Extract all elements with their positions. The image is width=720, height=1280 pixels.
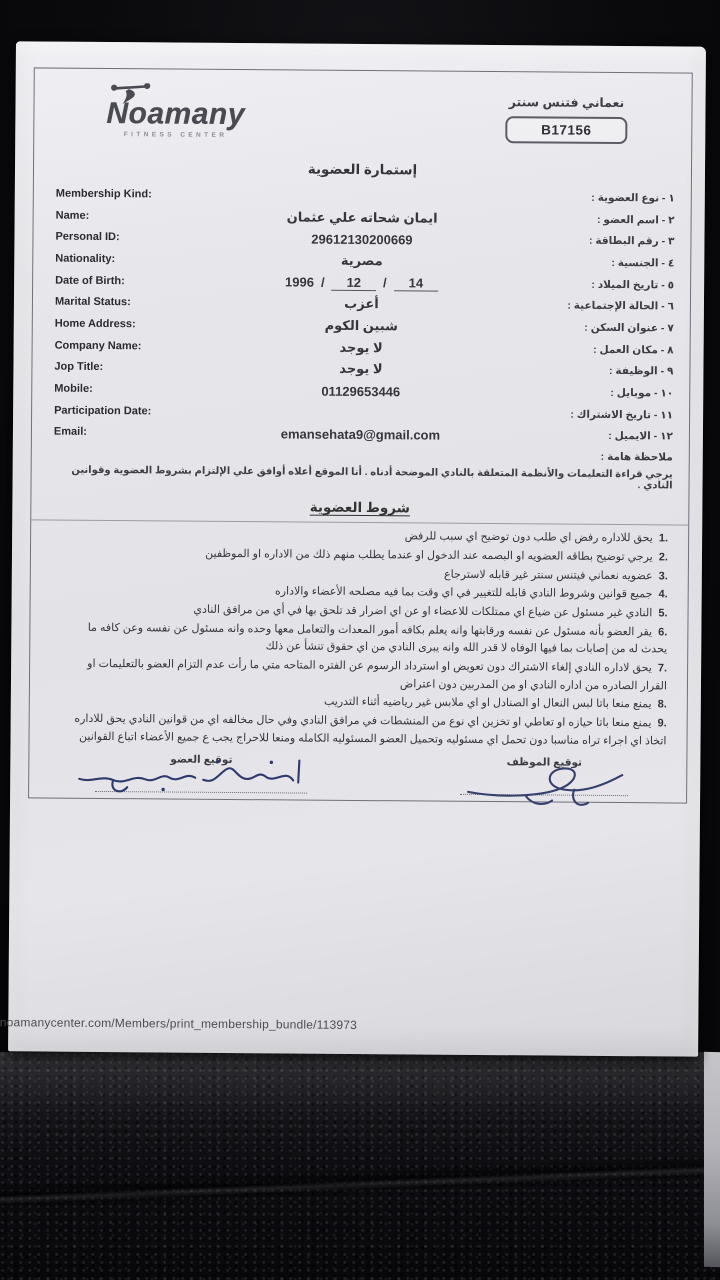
term-text: يحق لاداره النادي إلغاء الاشتراك دون تعو…	[87, 658, 667, 692]
header-right: نعماني فتنس سنتر B17156	[505, 94, 627, 144]
field-value: أعزب	[241, 295, 482, 313]
field-label-ar: ٢ - اسم العضو :	[483, 212, 681, 226]
field-value: 01129653446	[240, 383, 481, 400]
field-label-ar: ١٠ - موبايل :	[481, 386, 679, 400]
term-number: 1.	[659, 531, 668, 549]
member-code: B17156	[541, 122, 591, 137]
footer-url: /noamanycenter.com/Members/print_members…	[0, 1015, 357, 1032]
field-label-ar: ٩ - الوظيفة :	[481, 364, 679, 378]
field-label-en: Personal ID:	[55, 231, 241, 244]
field-label-en: Membership Kind:	[56, 187, 242, 200]
field-value: شبين الكوم	[241, 317, 482, 335]
term-text: يقر العضو بأنه مسئول عن نفسه ورقابتها وا…	[88, 622, 668, 656]
field-value: 29612130200669	[241, 231, 482, 248]
field-label-ar: ١ - نوع العضوية :	[483, 191, 681, 205]
field-label-ar: ٤ - الجنسية :	[482, 256, 680, 270]
employee-signature-label: توقيع الموظف	[507, 756, 582, 769]
brand-logo: Noamany FITNESS CENTER	[106, 99, 245, 139]
brand-subtitle: FITNESS CENTER	[106, 131, 245, 139]
photo-background: Noamany FITNESS CENTER نعماني فتنس سنتر …	[0, 0, 720, 1280]
field-value: مصرية	[241, 252, 482, 270]
field-label-en: Participation Date:	[54, 404, 240, 417]
term-number: 9.	[657, 715, 666, 733]
club-name-arabic: نعماني فتنس سنتر	[509, 94, 625, 110]
member-code-box: B17156	[505, 116, 627, 144]
field-label-ar: ٨ - مكان العمل :	[482, 343, 680, 357]
field-label-en: Email:	[54, 426, 240, 439]
field-value: emansehata9@gmail.com	[240, 426, 481, 443]
term-item: 7. يحق لاداره النادي إلغاء الاشتراك دون …	[64, 656, 667, 696]
background-paper-edge	[704, 1052, 720, 1268]
field-value	[240, 412, 481, 414]
form-fields: Membership Kind: ١ - نوع العضوية : Name:…	[32, 180, 691, 447]
field-label-en: Home Address:	[55, 318, 241, 331]
member-signature-line	[95, 791, 307, 794]
field-value: ايمان شحاته علي عثمان	[242, 209, 483, 227]
employee-signature-block: توقيع الموظف	[460, 756, 628, 796]
term-text: يمنع منعا باتا حيازه او تعاطي او تخزين ا…	[74, 713, 666, 747]
leather-sheen	[0, 1052, 720, 1172]
field-label-en: Jop Title:	[54, 361, 240, 374]
field-label-en: Company Name:	[55, 339, 241, 352]
member-signature-label: توقيع العضو	[170, 754, 232, 766]
term-text: يحق للاداره رفض اي طلب دون توضيح اي سبب …	[405, 531, 656, 545]
term-number: 5.	[658, 605, 667, 623]
field-label-en: Mobile:	[54, 383, 240, 396]
term-item: 9. يمنع منعا باتا حيازه او تعاطي او تخزي…	[63, 711, 666, 751]
term-number: 6.	[658, 624, 667, 642]
terms-title: شروط العضوية	[31, 494, 688, 523]
field-label-en: Marital Status:	[55, 296, 241, 309]
important-note: ملاحظة هامة : يرجي قراءة التعليمات والأن…	[32, 443, 689, 492]
term-number: 7.	[658, 660, 667, 678]
field-label-ar: ٦ - الحالة الإجتماعية :	[482, 299, 680, 313]
field-label-ar: ٣ - رقم البطاقة :	[482, 234, 680, 248]
field-label-ar: ٧ - عنوان السكن :	[482, 321, 680, 335]
field-value: لا يوجد	[241, 339, 482, 357]
form-header: Noamany FITNESS CENTER نعماني فتنس سنتر …	[34, 68, 692, 161]
signatures-row: توقيع العضو	[29, 747, 686, 797]
term-text: يمنع منعا باتا لبس النعال او الصنادل او …	[324, 696, 655, 711]
terms-list: 1. يحق للاداره رفض اي طلب دون توضيح اي س…	[29, 524, 688, 751]
field-label-en: Name:	[56, 209, 242, 222]
field-label-en: Date of Birth:	[55, 274, 241, 287]
term-number: 8.	[658, 697, 667, 715]
term-number: 2.	[659, 549, 668, 567]
member-signature-block: توقيع العضو	[95, 753, 307, 794]
field-label-ar: ٥ - تاريخ الميلاد :	[482, 278, 680, 292]
field-value: لا يوجد	[240, 360, 481, 378]
term-text: جميع قوانين وشروط النادي قابله للتغيير ف…	[275, 586, 656, 601]
field-label-ar: ١١ - تاريخ الاشتراك :	[481, 408, 679, 422]
employee-signature-line	[460, 794, 628, 796]
field-value	[242, 195, 483, 197]
membership-form-paper: Noamany FITNESS CENTER نعماني فتنس سنتر …	[8, 41, 706, 1056]
field-value: 1996/12/14	[241, 274, 482, 291]
important-note-text: يرجي قراءة التعليمات والأنظمة المتعلقة ب…	[62, 465, 673, 492]
field-label-ar: ١٢ - الايميل :	[481, 429, 679, 443]
term-number: 4.	[658, 587, 667, 605]
form-border-box: Noamany FITNESS CENTER نعماني فتنس سنتر …	[28, 67, 693, 803]
term-text: النادي غير مسئول عن ضياع اي ممتلكات للاع…	[193, 604, 655, 620]
term-text: يرجي توضيح بطاقه العضويه او البصمه عند ا…	[205, 548, 656, 564]
term-number: 3.	[659, 568, 668, 586]
field-label-en: Nationality:	[55, 253, 241, 266]
term-text: عضويه نعماني فيتنس سنتر غير قابله لاسترج…	[444, 568, 656, 582]
term-item: 6. يقر العضو بأنه مسئول عن نفسه ورقابتها…	[64, 619, 667, 659]
weightlifter-icon	[108, 83, 154, 110]
important-note-label: ملاحظة هامة :	[62, 447, 673, 464]
